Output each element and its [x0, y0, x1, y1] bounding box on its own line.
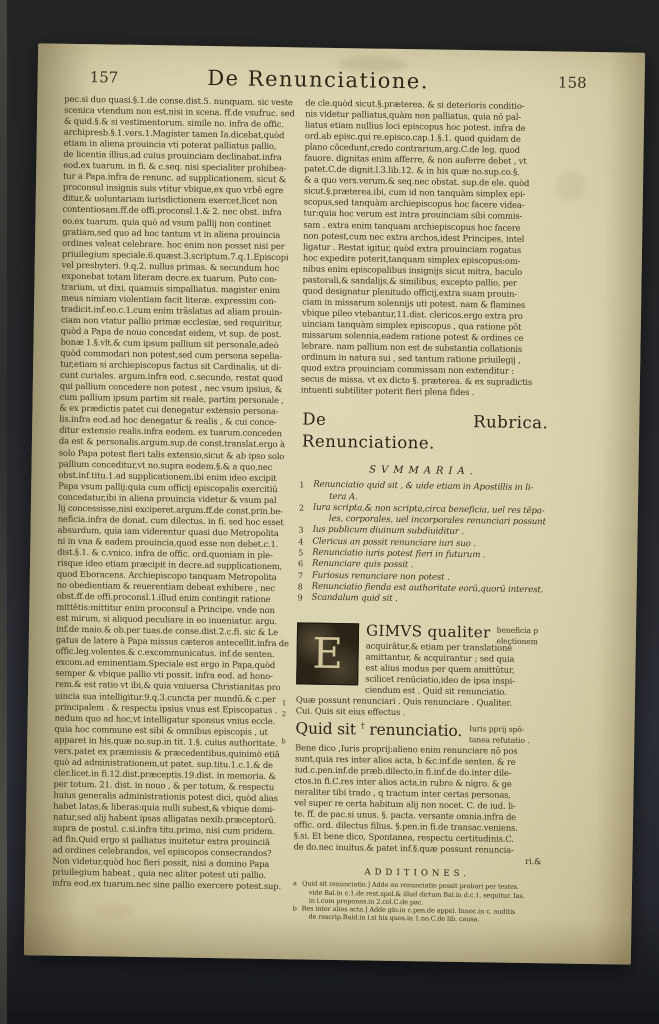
left-text-column: pec.si duo quasi.§.1.de conse.dist.5. nu… — [52, 94, 303, 893]
photo-background: 157 De Renunciatione. 158 pec.si duo qua… — [0, 0, 659, 1024]
running-title: De Renunciatione. — [38, 63, 599, 96]
item-text: Res inter alios acta.] Adde glo.in c.pen… — [301, 904, 540, 924]
item-number: a — [293, 880, 302, 905]
item-number: 2 — [299, 502, 313, 525]
quid-sit-heading-text: Quid sit † renunciatio. — [295, 719, 462, 740]
rubric-heading-rubrica: Rubrica. — [473, 411, 549, 456]
text-line: infra eod.ex tuarum.nec sine pallio exer… — [52, 878, 291, 893]
margin-mark-1: 1 — [282, 699, 286, 707]
item-number: b — [292, 904, 301, 921]
quid-sit-body: Bene dico ,Iuris proprij:alieno enim ren… — [294, 742, 544, 856]
text-line: Scandalum quid sit . — [311, 593, 545, 608]
item-text: Quid sit renunciatio.] Adde an renunciat… — [302, 880, 541, 908]
quid-sit-side-note: Iuris pprij spō-tanea refutatio . — [469, 722, 530, 746]
quid-sit-heading: Quid sit † renunciatio. Iuris pprij spō-… — [295, 719, 543, 745]
incipit-large-text: GIMVS qualiter — [366, 621, 491, 641]
item-number: 8 — [298, 581, 312, 593]
book-spine-edge — [0, 0, 7, 1024]
rubric-heading: De Renunciatione. Rubrica. — [302, 409, 549, 457]
heading-part2: renunciatio. — [369, 720, 462, 739]
item-number: 4 — [298, 536, 312, 548]
heading-part1: Quid sit — [295, 719, 356, 738]
right-column-paragraph: de cle.quòd sicut.§.præterea. & si deter… — [301, 97, 554, 399]
summaria-list: 1Renunciatio quid sit , & uide etiam in … — [297, 480, 547, 608]
stain — [556, 171, 586, 201]
incipit-block: E GIMVS qualiter beneficia pelectionem a… — [296, 620, 545, 720]
text-line: tanea refutatio . — [469, 734, 530, 746]
summaria-heading: SVMMARIA. — [299, 463, 547, 480]
right-text-column: de cle.quòd sicut.§.præterea. & si deter… — [292, 97, 553, 924]
item-number: 6 — [298, 559, 312, 571]
list-item: bRes inter alios acta.] Adde glo.in c.pe… — [292, 904, 540, 924]
initial-letter-glyph: E — [312, 632, 343, 674]
book-page: 157 De Renunciatione. 158 pec.si duo qua… — [24, 43, 645, 964]
incipit-full-lines: Quæ possunt renunciari . Quis renunciare… — [296, 694, 544, 720]
item-number: 7 — [298, 570, 312, 582]
rubric-heading-title: De Renunciatione. — [302, 409, 446, 455]
item-number: 5 — [298, 547, 312, 559]
text-line: beneficia p — [497, 624, 539, 636]
right-page-number: 158 — [558, 73, 587, 91]
item-number: 1 — [299, 480, 313, 503]
text-line: Iuris pprij spō- — [469, 723, 530, 735]
item-text: Scandalum quid sit . — [311, 593, 545, 608]
item-number: 9 — [297, 593, 311, 605]
additiones-list: aQuid sit renunciatio.] Adde an renuncia… — [292, 880, 541, 925]
margin-mark-2: 2 — [282, 710, 286, 718]
stain — [94, 904, 134, 917]
heading-reference-mark: † — [361, 721, 365, 730]
margin-mark-b: b — [281, 737, 285, 745]
item-number: 3 — [298, 525, 312, 537]
woodcut-initial-letter: E — [296, 622, 359, 685]
